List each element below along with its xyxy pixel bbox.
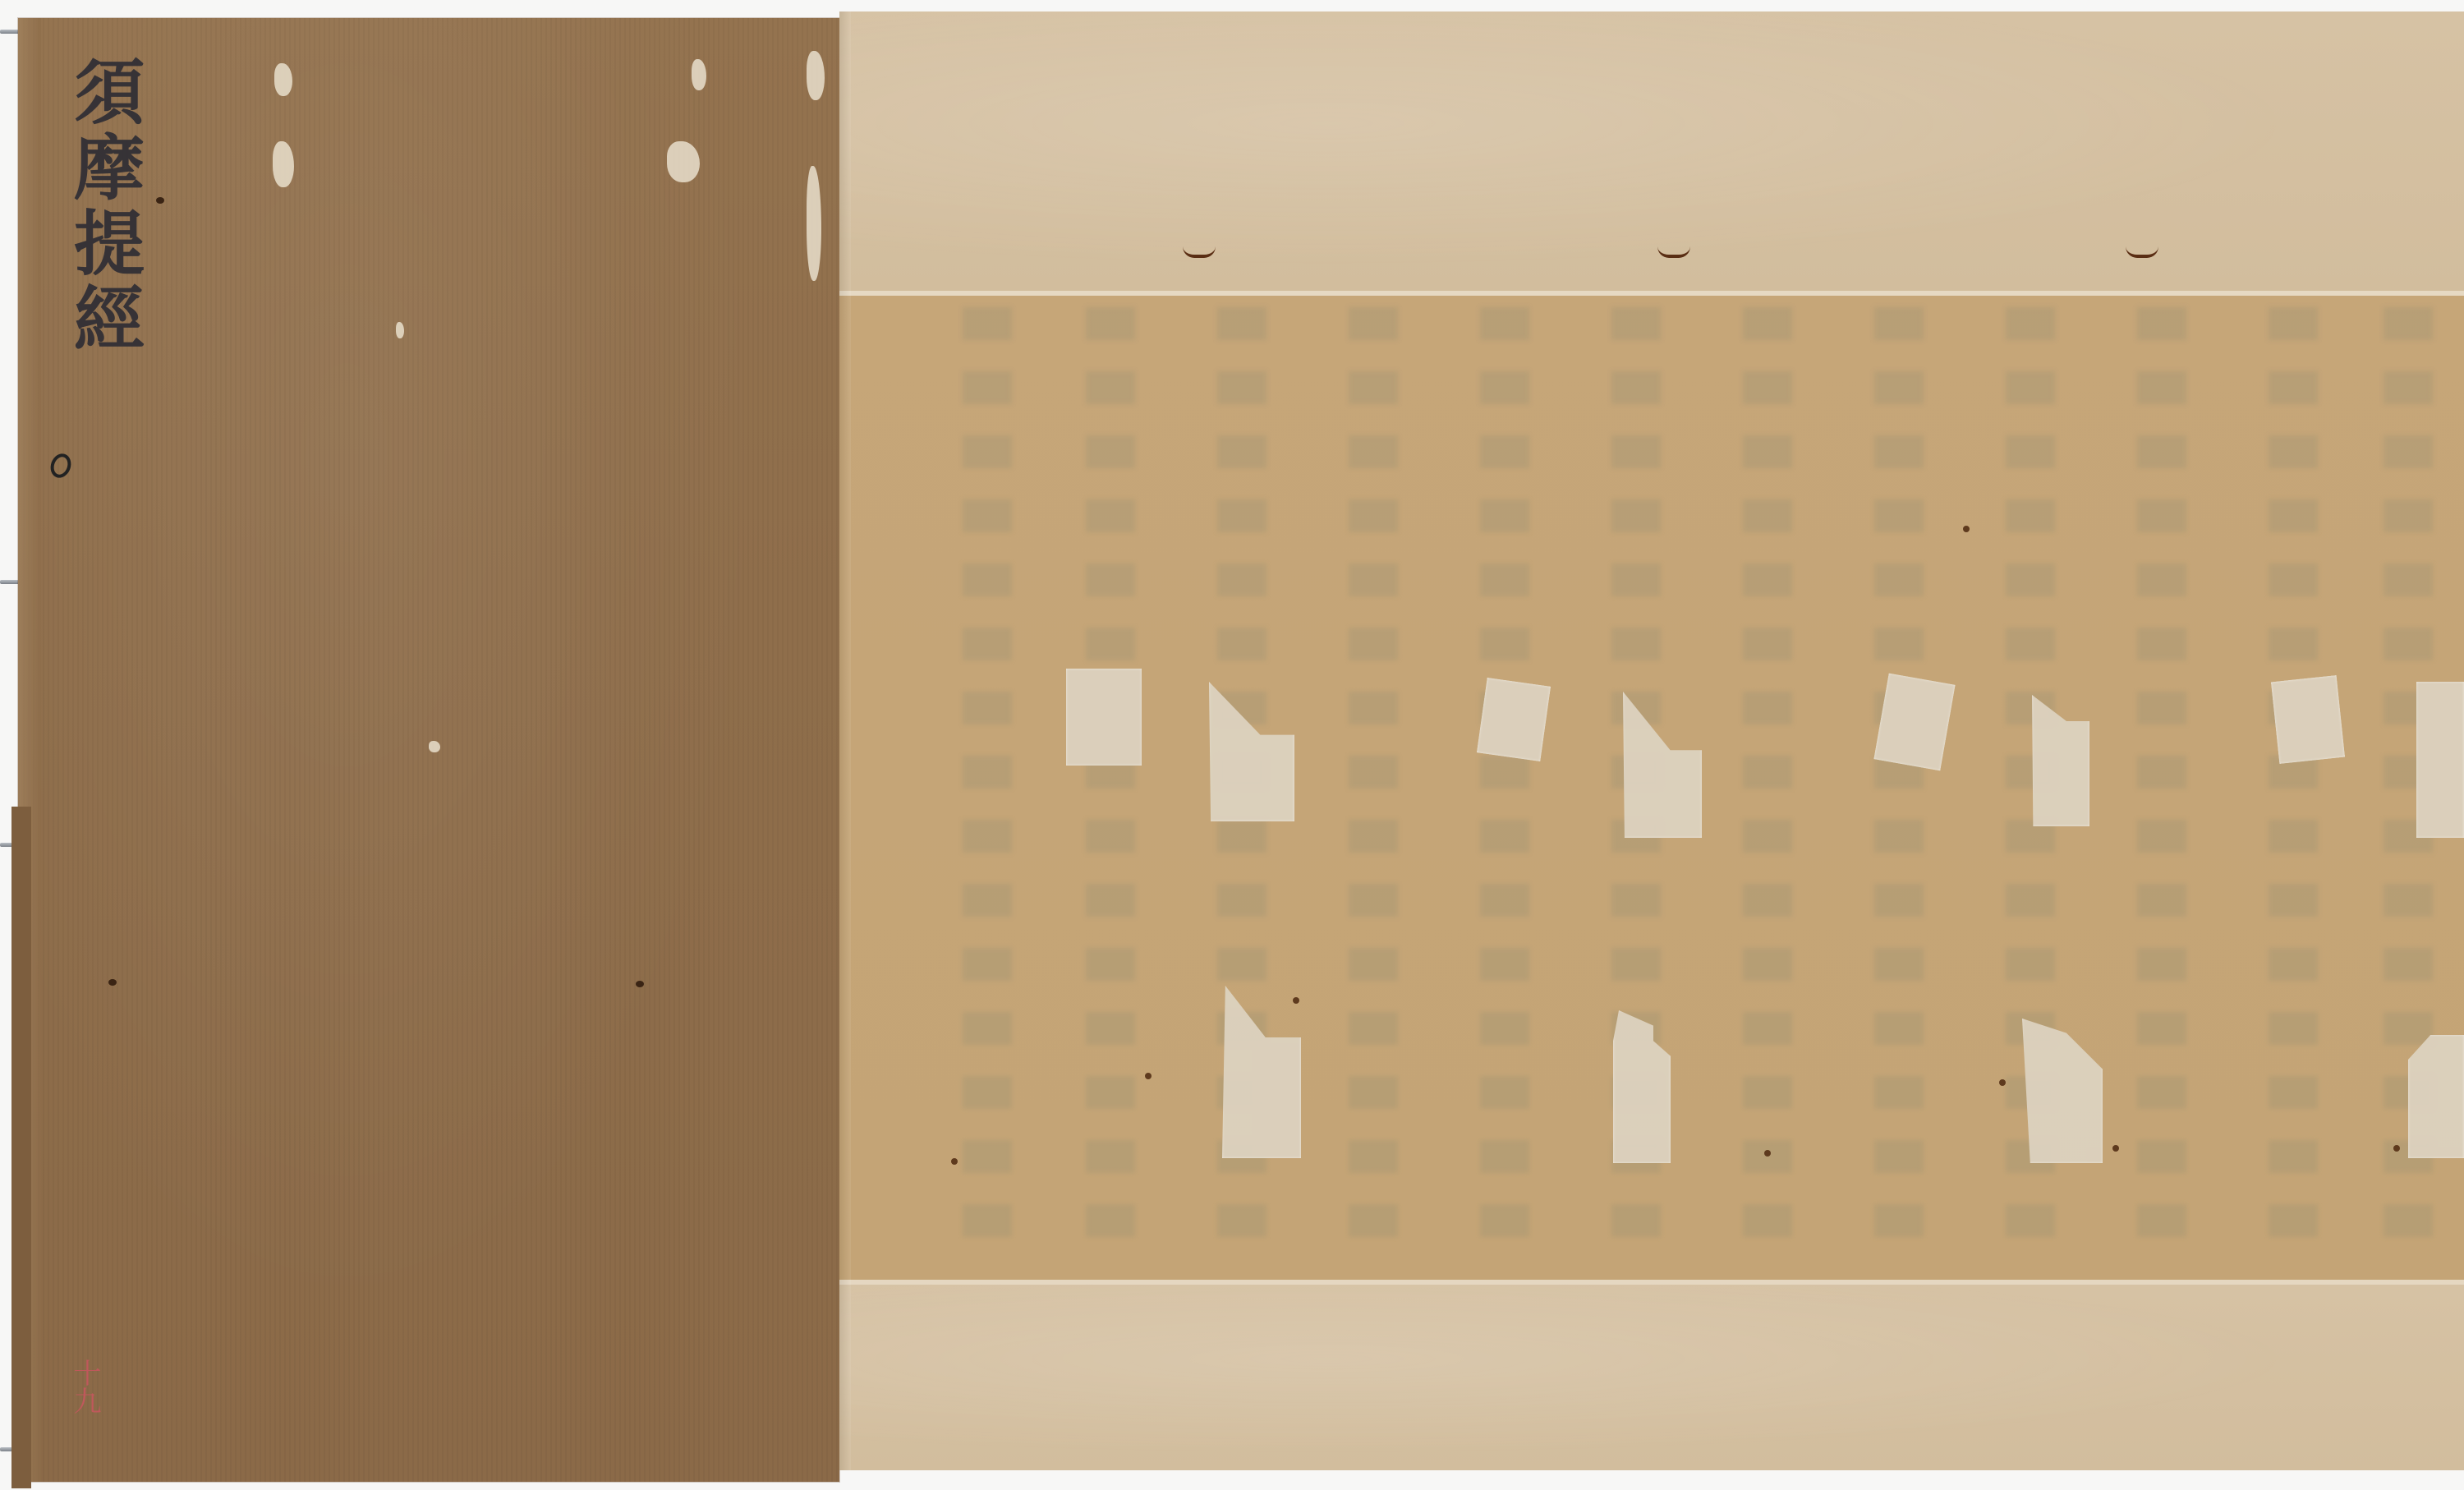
repair-patch [1613,1010,1671,1163]
wormhole [2112,1145,2119,1152]
scroll-paper [839,11,2464,1470]
cover-torn-edge [11,807,31,1488]
wormhole [108,979,117,986]
show-through-text-column [2137,307,2186,1260]
top-tissue-band [839,11,2464,296]
show-through-text-column [1086,307,1135,1260]
show-through-text-column [2269,307,2318,1260]
repair-patch [1623,692,1702,838]
show-through-text-column [1480,307,1529,1260]
paper-loss [667,141,700,182]
paper-loss [396,322,404,338]
paper-loss [692,59,706,90]
paper-loss [807,166,821,281]
repair-patch [2032,695,2089,826]
wormhole [636,981,644,987]
cover-board: 須摩提經 十九 [18,18,839,1482]
repair-patch [2271,675,2345,764]
paper-loss [273,141,294,187]
repair-patch [1477,678,1551,761]
wormhole [1764,1150,1771,1157]
show-through-text-column [1743,307,1792,1260]
repair-patch [1873,674,1955,771]
cover-title: 須摩提經 [67,55,138,357]
wormhole [1145,1073,1152,1079]
paper-loss [429,741,440,752]
repair-patch [2416,682,2464,838]
wormhole [951,1158,958,1165]
wormhole [1293,997,1299,1004]
show-through-text-column [963,307,1012,1260]
red-number-mark: 十九 [71,1359,99,1414]
bottom-tissue-band [839,1280,2464,1470]
show-through-text-column [1349,307,1398,1260]
wormhole [1999,1079,2006,1086]
wormhole [2393,1145,2400,1152]
wormhole [1963,526,1970,532]
wormhole [156,197,164,204]
circle-mark [48,451,75,481]
show-through-text-column [1874,307,1924,1260]
paper-loss [807,51,825,100]
manuscript-photo: 須摩提經 十九 [0,0,2464,1490]
paper-loss [274,63,292,96]
scroll-seam [839,11,851,1470]
repair-patch [2408,1035,2464,1158]
repair-patch [1066,669,1142,766]
repair-patch [2022,1019,2103,1163]
